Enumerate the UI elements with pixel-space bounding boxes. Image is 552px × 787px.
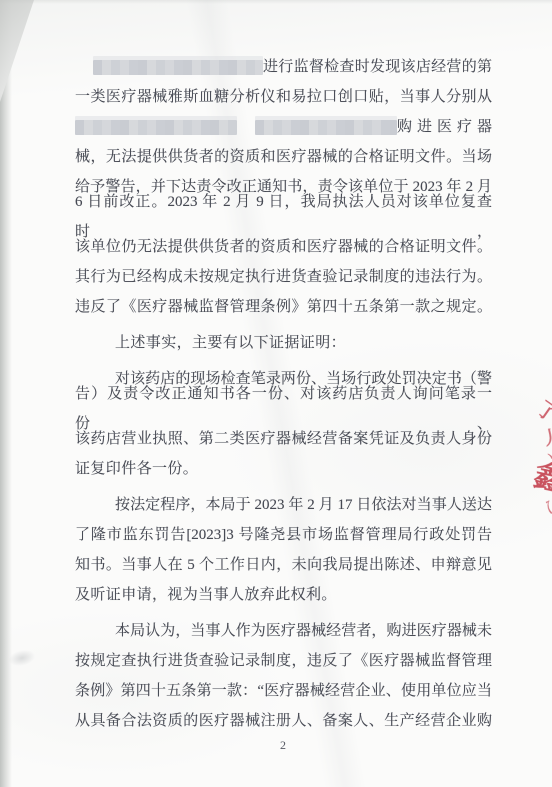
text-run: 证复印件各一份。 <box>75 454 492 484</box>
text-run: 违反了《医疗器械监督管理条例》第四十五条第一款之规定。 <box>75 292 492 322</box>
text-run: 上述事实，主要有以下证据证明： <box>115 328 492 358</box>
text-run: 条例》第四十五条第一款：“医疗器械经营企业、使用单位应当 <box>75 676 492 706</box>
text-line: 6 日前改正。2023 年 2 月 9 日，我局执法人员对该单位复查时， <box>75 202 492 232</box>
redaction-block <box>93 60 263 75</box>
text-line: 告）及责令改正通知书各一份、对该药店负责人询问笔录一份、 <box>75 394 492 424</box>
text-run: 一类医疗器械雅斯血糖分析仪和易拉口创口贴，当事人分别从 <box>75 82 492 112</box>
red-stamp-mark-icon: 丿 <box>539 427 552 448</box>
text-line: 一类医疗器械雅斯血糖分析仪和易拉口创口贴，当事人分别从 <box>75 82 492 112</box>
paragraph-1-facts: 进行监督检查时发现该店经营的第一类医疗器械雅斯血糖分析仪和易拉口创口贴，当事人分… <box>75 52 492 322</box>
red-stamp-mark-icon: 乀 <box>541 499 552 515</box>
text-run: 其行为已经构成未按规定执行进货查验记录制度的违法行为。 <box>75 262 492 292</box>
text-line: 上述事实，主要有以下证据证明： <box>75 328 492 358</box>
text-run: 购进医疗器 <box>397 112 492 142</box>
text-line: 从具备合法资质的医疗器械注册人、备案人、生产经营企业购 <box>75 706 492 736</box>
scan-edge-shadow-left <box>0 0 12 787</box>
paragraph-5-opinion: 本局认为，当事人作为医疗器械经营者，购进医疗器械未按规定查执行进货查验记录制度，… <box>75 616 492 736</box>
text-run: 知书。当事人在 5 个工作日内，未向我局提出陈述、申辩意见 <box>75 550 492 580</box>
redaction-block <box>75 120 237 135</box>
scan-corner-shadow <box>0 0 34 102</box>
scanned-document-page: 进行监督检查时发现该店经营的第一类医疗器械雅斯血糖分析仪和易拉口创口贴，当事人分… <box>0 0 552 787</box>
text-line: 条例》第四十五条第一款：“医疗器械经营企业、使用单位应当 <box>75 676 492 706</box>
paragraph-3-evidence-list: 对该药店的现场检查笔录两份、当场行政处罚决定书（警告）及责令改正通知书各一份、对… <box>75 364 492 484</box>
text-line: 该药店营业执照、第二类医疗器械经营备案凭证及负责人身份 <box>75 424 492 454</box>
text-run: 该单位仍无法提供供货者的资质和医疗器械的合格证明文件。 <box>75 232 492 262</box>
text-line: 购进医疗器 <box>75 112 492 142</box>
text-run: 按法定程序，本局于 2023 年 2 月 17 日依法对当事人送达 <box>115 490 492 520</box>
text-run: 该药店营业执照、第二类医疗器械经营备案凭证及负责人身份 <box>75 424 492 454</box>
text-run: 械，无法提供供货者的资质和医疗器械的合格证明文件。当场 <box>75 142 492 172</box>
text-run: 从具备合法资质的医疗器械注册人、备案人、生产经营企业购 <box>75 706 492 736</box>
document-body: 进行监督检查时发现该店经营的第一类医疗器械雅斯血糖分析仪和易拉口创口贴，当事人分… <box>75 52 492 736</box>
text-line: 证复印件各一份。 <box>75 454 492 484</box>
paragraph-4-procedure: 按法定程序，本局于 2023 年 2 月 17 日依法对当事人送达了隆市监东罚告… <box>75 490 492 610</box>
text-run: 本局认为，当事人作为医疗器械经营者，购进医疗器械未 <box>115 616 492 646</box>
text-line: 按规定查执行进货查验记录制度，违反了《医疗器械监督管理 <box>75 646 492 676</box>
text-run: 进行监督检查时发现该店经营的第 <box>263 52 492 82</box>
text-line: 进行监督检查时发现该店经营的第 <box>75 52 492 82</box>
text-line: 了隆市监东罚告[2023]3 号隆尧县市场监督管理局行政处罚告 <box>75 520 492 550</box>
text-line: 按法定程序，本局于 2023 年 2 月 17 日依法对当事人送达 <box>75 490 492 520</box>
text-line: 械，无法提供供货者的资质和医疗器械的合格证明文件。当场 <box>75 142 492 172</box>
red-stamp-mark-icon: 鑫 <box>531 461 552 497</box>
text-line: 知书。当事人在 5 个工作日内，未向我局提出陈述、申辩意见 <box>75 550 492 580</box>
text-run: 按规定查执行进货查验记录制度，违反了《医疗器械监督管理 <box>75 646 492 676</box>
text-line: 该单位仍无法提供供货者的资质和医疗器械的合格证明文件。 <box>75 232 492 262</box>
text-line: 及听证申请，视为当事人放弃此权利。 <box>75 580 492 610</box>
red-stamp-mark-icon: 了 <box>533 398 552 426</box>
page-number: 2 <box>75 738 492 753</box>
red-stamp-mark-icon: 丶 <box>544 451 552 463</box>
text-run: 了隆市监东罚告[2023]3 号隆尧县市场监督管理局行政处罚告 <box>75 520 492 550</box>
text-line: 其行为已经构成未按规定执行进货查验记录制度的违法行为。 <box>75 262 492 292</box>
text-run: 及听证申请，视为当事人放弃此权利。 <box>75 580 492 610</box>
scan-edge-shadow-top <box>0 0 552 4</box>
paragraph-2-evidence-intro: 上述事实，主要有以下证据证明： <box>75 328 492 358</box>
redaction-gap <box>237 127 255 128</box>
text-line: 本局认为，当事人作为医疗器械经营者，购进医疗器械未 <box>75 616 492 646</box>
text-line: 违反了《医疗器械监督管理条例》第四十五条第一款之规定。 <box>75 292 492 322</box>
redaction-block <box>255 120 397 135</box>
